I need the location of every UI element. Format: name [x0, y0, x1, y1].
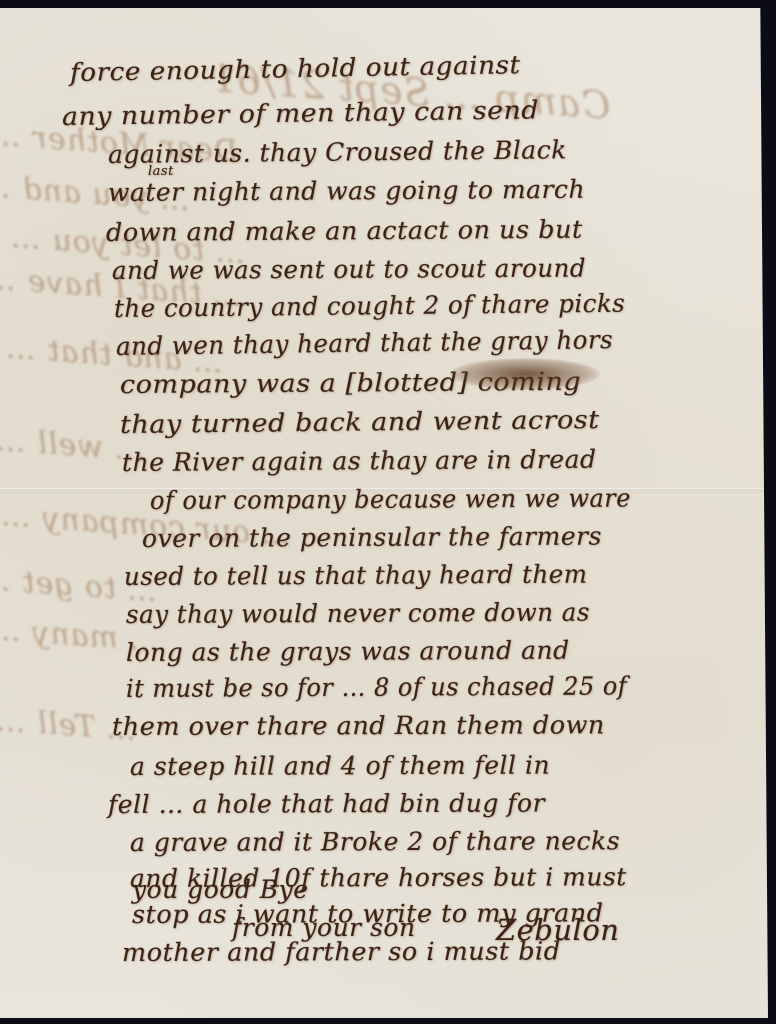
letter-line: used to tell us that thay heard them — [124, 560, 588, 591]
letter-line: a steep hill and 4 of them fell in — [130, 751, 550, 781]
letter-line: thay turned back and went acrost — [120, 405, 600, 439]
letter-line: any number of men thay can send — [62, 95, 539, 131]
letter-body: force enough to hold out against any num… — [0, 8, 768, 1018]
letter-line: a grave and it Broke 2 of thare necks — [130, 826, 620, 857]
letter-line: the country and cought 2 of thare picks — [114, 289, 626, 323]
letter-page: Camp … Sept 21/61 Dear Mother … … you an… — [0, 8, 768, 1018]
letter-line: force enough to hold out against — [70, 50, 521, 87]
letter-line: the River again as thay are in dread — [122, 445, 597, 477]
letter-line: it must be so for … 8 of us chased 25 of — [126, 671, 627, 703]
letter-line: you good Bye — [132, 875, 309, 904]
letter-line: them over thare and Ran them down — [112, 710, 605, 741]
letter-line: say thay would never come down as — [126, 598, 590, 629]
letter-line: water night and was going to march — [108, 175, 585, 207]
letter-line: long as the grays was around and — [126, 636, 570, 667]
closing-phrase: from your son — [232, 913, 416, 942]
signature: Zebulon — [496, 913, 619, 947]
letter-line: fell … a hole that had bin dug for — [108, 788, 545, 819]
letter-line: and wen thay heard that the gray hors — [116, 325, 614, 361]
ink-blot — [450, 358, 600, 390]
letter-line: against us. thay Croused the Black — [108, 135, 567, 169]
letter-line: over on the peninsular the farmers — [142, 522, 602, 553]
letter-line: down and make an actact on us but — [106, 215, 583, 247]
scanned-letter: Camp … Sept 21/61 Dear Mother … … you an… — [0, 0, 776, 1024]
letter-line: and we was sent out to scout around — [112, 254, 586, 285]
letter-line: of our company because wen we ware — [150, 483, 631, 515]
